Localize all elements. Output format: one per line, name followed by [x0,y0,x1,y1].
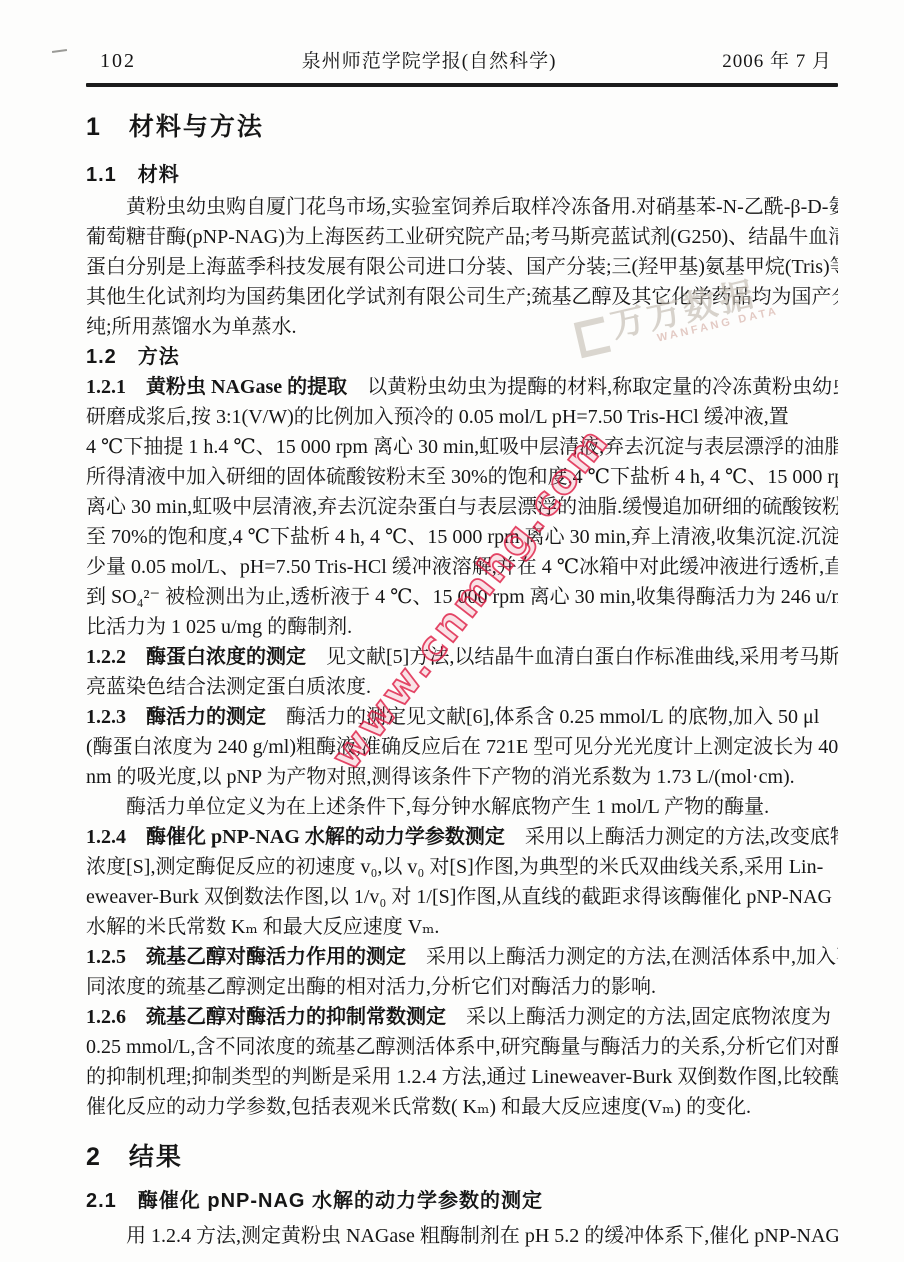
line-text: 1 材料与方法 [86,113,264,141]
line-text: 2 结果 [86,1143,183,1171]
line-text: 2.1 酶催化 pNP-NAG 水解的动力学参数的测定 [86,1190,543,1212]
text-line: 至 70%的饱和度,4 ℃下盐析 4 h, 4 ℃、15 000 rpm 离心 … [86,522,838,552]
text-line: 酶活力单位定义为在上述条件下,每分钟水解底物产生 1 mol/L 产物的酶量. [86,792,838,822]
line-text: 葡萄糖苷酶(pNP-NAG)为上海医药工业研究院产品;考马斯亮蓝试剂(G250)… [86,226,838,248]
line-text: 研磨成浆后,按 3:1(V/W)的比例加入预冷的 0.05 mol/L pH=7… [86,406,789,428]
line-text: 比活力为 1 025 u/mg 的酶制剂. [86,616,352,638]
line-text: 1.1 材料 [86,164,180,186]
text-line: 葡萄糖苷酶(pNP-NAG)为上海医药工业研究院产品;考马斯亮蓝试剂(G250)… [86,222,838,252]
line-text: (酶蛋白浓度为 240 g/ml)粗酶液,准确反应后在 721E 型可见分光光度… [86,736,838,758]
run-in-heading: 1.2.4 酶催化 pNP-NAG 水解的动力学参数测定 [86,826,505,848]
run-in-heading: 1.2.1 黄粉虫 NAGase 的提取 [86,376,347,398]
line-text: 采用以上酶活力测定的方法,在测活体系中,加入不 [406,946,838,968]
line-text: nm 的吸光度,以 pNP 为产物对照,测得该条件下产物的消光系数为 1.73 … [86,766,795,788]
text-line: 1.2.2 酶蛋白浓度的测定 见文献[5]方法,以结晶牛血清白蛋白作标准曲线,采… [86,642,838,672]
line-text: 蛋白分别是上海蓝季科技发展有限公司进口分装、国产分装;三(羟甲基)氨基甲烷(Tr… [86,256,838,278]
line-text: 纯;所用蒸馏水为单蒸水. [86,316,297,338]
subsection-heading: 2.1 酶催化 pNP-NAG 水解的动力学参数的测定 [86,1187,838,1215]
text-line: 0.25 mmol/L,含不同浓度的巯基乙醇测活体系中,研究酶量与酶活力的关系,… [86,1032,838,1062]
header-rule [86,83,838,87]
text-line: 研磨成浆后,按 3:1(V/W)的比例加入预冷的 0.05 mol/L pH=7… [86,402,838,432]
text-line: 4 ℃下抽提 1 h.4 ℃、15 000 rpm 离心 30 min,虹吸中层… [86,432,838,462]
text-line: eweaver-Burk 双倒数法作图,以 1/v₀ 对 1/[S]作图,从直线… [86,882,838,912]
text-line: 的抑制机理;抑制类型的判断是采用 1.2.4 方法,通过 Lineweaver-… [86,1062,838,1092]
line-text: 少量 0.05 mol/L、pH=7.50 Tris-HCl 缓冲液溶解,并在 … [86,556,838,578]
text-line: 1.2.3 酶活力的测定 酶活力的测定见文献[6],体系含 0.25 mmol/… [86,702,838,732]
subsection-heading: 1.1 材料 [86,161,838,189]
scanned-paper-page: 102 泉州师范学院学报(自然科学) 2006 年 7 月 1 材料与方法1.1… [0,0,904,1262]
text-line: 1.2.6 巯基乙醇对酶活力的抑制常数测定 采以上酶活力测定的方法,固定底物浓度… [86,1002,838,1032]
run-in-heading: 1.2.5 巯基乙醇对酶活力作用的测定 [86,946,406,968]
line-text: 1.2 方法 [86,346,180,368]
text-line: 其他生化试剂均为国药集团化学试剂有限公司生产;巯基乙醇及其它化学药品均为国产分析 [86,282,838,312]
text-line: 离心 30 min,虹吸中层清液,弃去沉淀杂蛋白与表层漂浮的油脂.缓慢追加研细的… [86,492,838,522]
text-line: 纯;所用蒸馏水为单蒸水. [86,312,838,342]
line-text: 其他生化试剂均为国药集团化学试剂有限公司生产;巯基乙醇及其它化学药品均为国产分析 [86,286,838,308]
text-line: 催化反应的动力学参数,包括表观米氏常数( Kₘ) 和最大反应速度(Vₘ) 的变化… [86,1092,838,1122]
line-text: 0.25 mmol/L,含不同浓度的巯基乙醇测活体系中,研究酶量与酶活力的关系,… [86,1036,838,1058]
run-in-heading: 1.2.2 酶蛋白浓度的测定 [86,646,306,668]
line-text: 同浓度的巯基乙醇测定出酶的相对活力,分析它们对酶活力的影响. [86,976,656,998]
line-text: 催化反应的动力学参数,包括表观米氏常数( Kₘ) 和最大反应速度(Vₘ) 的变化… [86,1096,751,1118]
line-text: 到 SO₄²⁻ 被检测出为止,透析液于 4 ℃、15 000 rpm 离心 30… [86,586,838,608]
line-text: 采用以上酶活力测定的方法,改变底物 [505,826,838,848]
text-line: 到 SO₄²⁻ 被检测出为止,透析液于 4 ℃、15 000 rpm 离心 30… [86,582,838,612]
line-text: 亮蓝染色结合法测定蛋白质浓度. [86,676,371,698]
line-text: 离心 30 min,虹吸中层清液,弃去沉淀杂蛋白与表层漂浮的油脂.缓慢追加研细的… [86,496,838,518]
text-line: 黄粉虫幼虫购自厦门花鸟市场,实验室饲养后取样冷冻备用.对硝基苯-N-乙酰-β-D… [86,192,838,222]
line-text: 浓度[S],测定酶促反应的初速度 v₀,以 v₀ 对[S]作图,为典型的米氏双曲… [86,856,823,878]
line-text: 采以上酶活力测定的方法,固定底物浓度为 [446,1006,831,1028]
text-line: 比活力为 1 025 u/mg 的酶制剂. [86,612,838,642]
text-line: 蛋白分别是上海蓝季科技发展有限公司进口分装、国产分装;三(羟甲基)氨基甲烷(Tr… [86,252,838,282]
line-text: 至 70%的饱和度,4 ℃下盐析 4 h, 4 ℃、15 000 rpm 离心 … [86,526,838,548]
text-line: 所得清液中加入研细的固体硫酸铵粉末至 30%的饱和度,4 ℃下盐析 4 h, 4… [86,462,838,492]
line-text: eweaver-Burk 双倒数法作图,以 1/v₀ 对 1/[S]作图,从直线… [86,886,832,908]
line-text: 黄粉虫幼虫购自厦门花鸟市场,实验室饲养后取样冷冻备用.对硝基苯-N-乙酰-β-D… [86,196,838,218]
page-content: 102 泉州师范学院学报(自然科学) 2006 年 7 月 1 材料与方法1.1… [0,0,904,1251]
line-text: 的抑制机理;抑制类型的判断是采用 1.2.4 方法,通过 Lineweaver-… [86,1066,838,1088]
line-text: 水解的米氏常数 Kₘ 和最大反应速度 Vₘ. [86,916,439,938]
line-text: 4 ℃下抽提 1 h.4 ℃、15 000 rpm 离心 30 min,虹吸中层… [86,436,838,458]
line-text: 以黄粉虫幼虫为提酶的材料,称取定量的冷冻黄粉虫幼虫 [347,376,838,398]
text-line: (酶蛋白浓度为 240 g/ml)粗酶液,准确反应后在 721E 型可见分光光度… [86,732,838,762]
running-header: 102 泉州师范学院学报(自然科学) 2006 年 7 月 [86,0,838,73]
text-line: 同浓度的巯基乙醇测定出酶的相对活力,分析它们对酶活力的影响. [86,972,838,1002]
run-in-heading: 1.2.6 巯基乙醇对酶活力的抑制常数测定 [86,1006,446,1028]
text-line: 水解的米氏常数 Kₘ 和最大反应速度 Vₘ. [86,912,838,942]
line-text: 酶活力的测定见文献[6],体系含 0.25 mmol/L 的底物,加入 50 μ… [266,706,819,728]
text-line: 用 1.2.4 方法,测定黄粉虫 NAGase 粗酶制剂在 pH 5.2 的缓冲… [86,1221,838,1251]
issue-date: 2006 年 7 月 [722,46,832,73]
subsection-heading: 1.2 方法 [86,342,838,372]
content-area: 1 材料与方法1.1 材料 黄粉虫幼虫购自厦门花鸟市场,实验室饲养后取样冷冻备用… [86,109,838,1251]
text-line: nm 的吸光度,以 pNP 为产物对照,测得该条件下产物的消光系数为 1.73 … [86,762,838,792]
line-text: 酶活力单位定义为在上述条件下,每分钟水解底物产生 1 mol/L 产物的酶量. [86,796,769,818]
page-number: 102 [100,50,136,73]
text-line: 1.2.1 黄粉虫 NAGase 的提取 以黄粉虫幼虫为提酶的材料,称取定量的冷… [86,372,838,402]
text-line: 1.2.4 酶催化 pNP-NAG 水解的动力学参数测定 采用以上酶活力测定的方… [86,822,838,852]
text-line: 亮蓝染色结合法测定蛋白质浓度. [86,672,838,702]
section-heading: 2 结果 [86,1139,838,1175]
line-text: 用 1.2.4 方法,测定黄粉虫 NAGase 粗酶制剂在 pH 5.2 的缓冲… [86,1225,838,1247]
section-heading: 1 材料与方法 [86,109,838,145]
text-line: 浓度[S],测定酶促反应的初速度 v₀,以 v₀ 对[S]作图,为典型的米氏双曲… [86,852,838,882]
journal-title: 泉州师范学院学报(自然科学) [136,46,722,73]
text-line: 少量 0.05 mol/L、pH=7.50 Tris-HCl 缓冲液溶解,并在 … [86,552,838,582]
line-text: 所得清液中加入研细的固体硫酸铵粉末至 30%的饱和度,4 ℃下盐析 4 h, 4… [86,466,838,488]
line-text: 见文献[5]方法,以结晶牛血清白蛋白作标准曲线,采用考马斯 [306,646,838,668]
text-line: 1.2.5 巯基乙醇对酶活力作用的测定 采用以上酶活力测定的方法,在测活体系中,… [86,942,838,972]
run-in-heading: 1.2.3 酶活力的测定 [86,706,266,728]
